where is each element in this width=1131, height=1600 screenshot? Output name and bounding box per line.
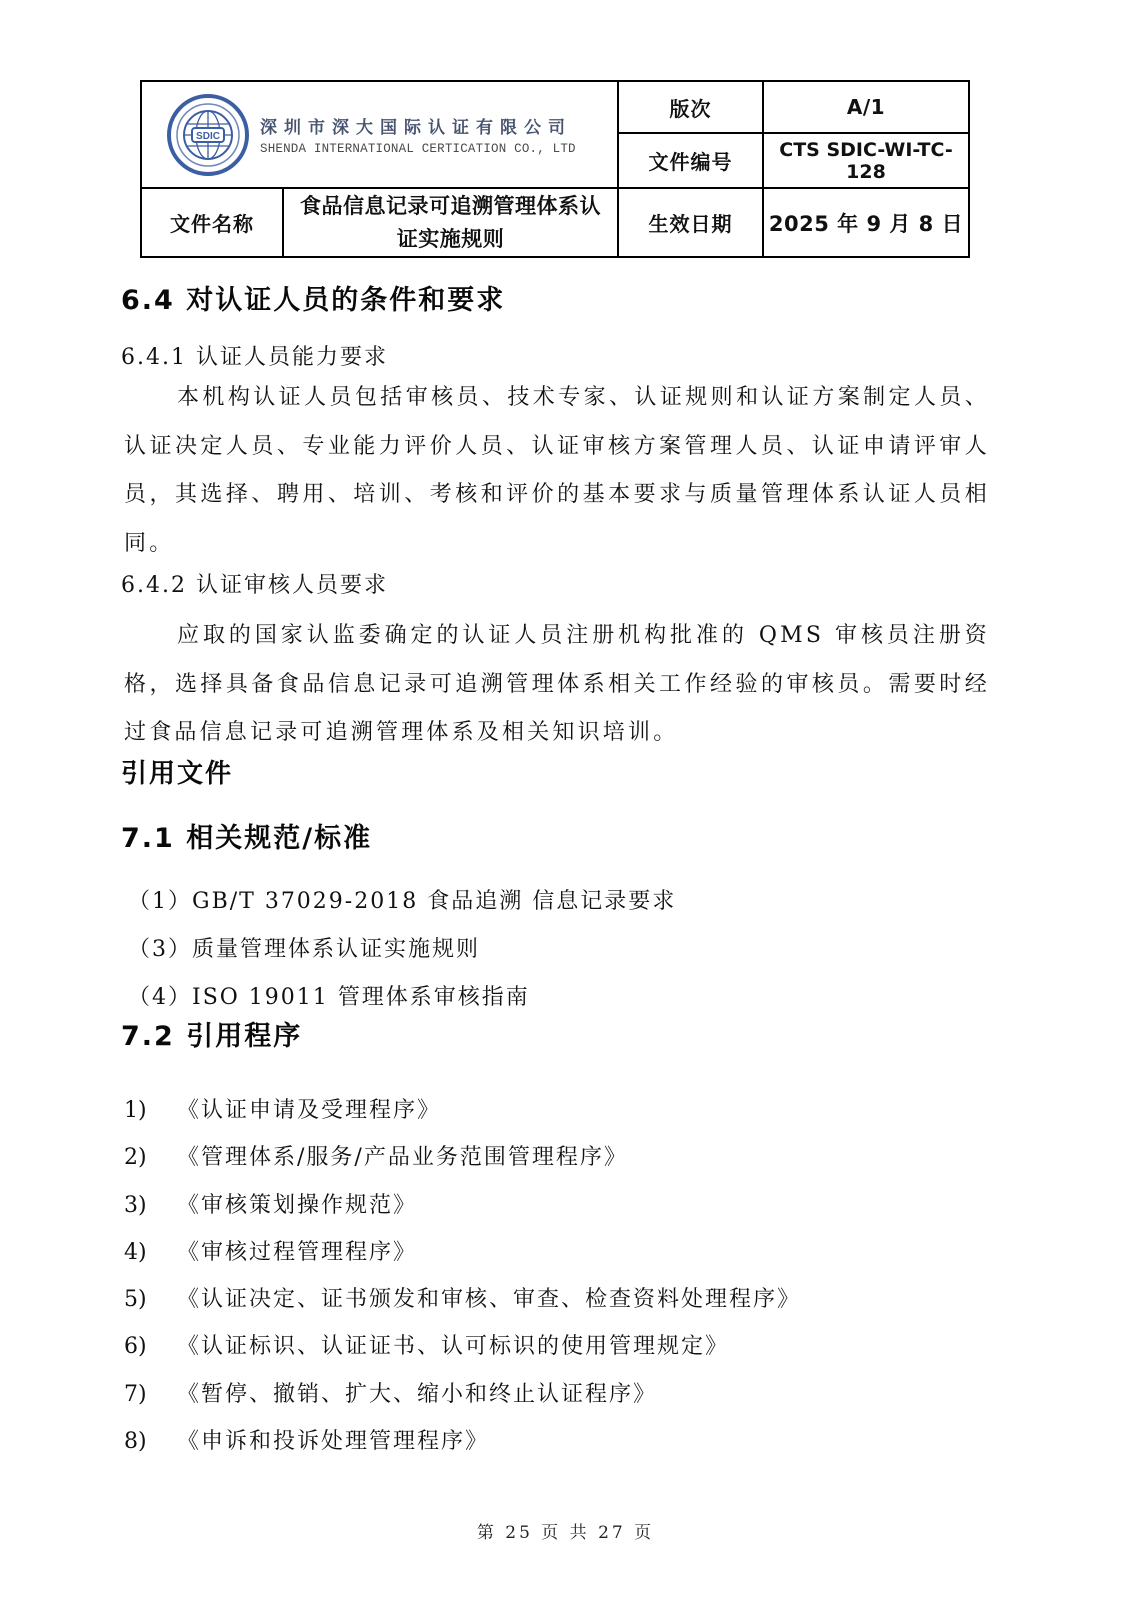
effective-date-label-cell: 生效日期 — [619, 189, 764, 256]
paragraph-6-4-1: 本机构认证人员包括审核员、技术专家、认证规则和认证方案制定人员、认证决定人员、专… — [124, 374, 990, 568]
procedure-number: 6) — [124, 1332, 177, 1362]
procedure-title: 《暂停、撤销、扩大、缩小和终止认证程序》 — [177, 1380, 657, 1410]
doc-name-value-cell: 食品信息记录可追溯管理体系认证实施规则 — [284, 189, 619, 256]
effective-date-value: 2025 年 9 月 8 日 — [769, 208, 963, 238]
procedure-number: 3) — [124, 1191, 177, 1221]
company-name-block: 深圳市深大国际认证有限公司 SHENDA INTERNATIONAL CERTI… — [260, 113, 576, 156]
version-value-cell: A/1 — [764, 82, 968, 134]
effective-date-label: 生效日期 — [649, 208, 733, 237]
procedure-title: 《认证申请及受理程序》 — [177, 1096, 441, 1126]
document-page: SDIC 深圳市深大国际认证有限公司 SHENDA INTERNATIONAL … — [0, 0, 1131, 1600]
procedure-item: 5) 《认证决定、证书颁发和审核、审查、检查资料处理程序》 — [124, 1285, 1004, 1332]
procedure-number: 8) — [124, 1427, 177, 1457]
procedure-number: 2) — [124, 1143, 177, 1173]
heading-6-4: 6.4 对认证人员的条件和要求 — [121, 278, 505, 317]
procedure-title: 《审核过程管理程序》 — [177, 1238, 417, 1268]
procedure-number: 7) — [124, 1380, 177, 1410]
procedure-number: 1) — [124, 1096, 177, 1126]
document-header-table: SDIC 深圳市深大国际认证有限公司 SHENDA INTERNATIONAL … — [140, 80, 970, 258]
company-name-cn: 深圳市深大国际认证有限公司 — [260, 113, 576, 138]
effective-date-value-cell: 2025 年 9 月 8 日 — [764, 189, 968, 256]
procedure-title: 《认证标识、认证证书、认可标识的使用管理规定》 — [177, 1332, 729, 1362]
doc-number-label: 文件编号 — [649, 146, 733, 175]
heading-6-4-2: 6.4.2 认证审核人员要求 — [121, 568, 388, 599]
version-value: A/1 — [847, 95, 885, 119]
doc-name-label: 文件名称 — [170, 208, 254, 237]
page-number-footer: 第 25 页 共 27 页 — [0, 1518, 1131, 1543]
procedure-item: 3) 《审核策划操作规范》 — [124, 1191, 1004, 1238]
procedure-number: 4) — [124, 1238, 177, 1268]
standards-list: （1）GB/T 37029-2018 食品追溯 信息记录要求 （3）质量管理体系… — [128, 878, 1008, 1022]
procedure-item: 4) 《审核过程管理程序》 — [124, 1238, 1004, 1285]
company-logo-cell: SDIC 深圳市深大国际认证有限公司 SHENDA INTERNATIONAL … — [142, 82, 619, 189]
procedure-title: 《管理体系/服务/产品业务范围管理程序》 — [177, 1143, 628, 1173]
procedure-item: 2) 《管理体系/服务/产品业务范围管理程序》 — [124, 1143, 1004, 1190]
procedure-item: 7) 《暂停、撤销、扩大、缩小和终止认证程序》 — [124, 1380, 1004, 1427]
procedure-item: 6) 《认证标识、认证证书、认可标识的使用管理规定》 — [124, 1332, 1004, 1379]
heading-7-1: 7.1 相关规范/标准 — [121, 816, 372, 855]
doc-number-value-cell: CTS SDIC-WI-TC-128 — [764, 134, 968, 189]
procedure-title: 《审核策划操作规范》 — [177, 1191, 417, 1221]
heading-references: 引用文件 — [121, 753, 233, 790]
paragraph-6-4-2: 应取的国家认监委确定的认证人员注册机构批准的 QMS 审核员注册资格，选择具备食… — [124, 612, 990, 758]
procedure-item: 1) 《认证申请及受理程序》 — [124, 1096, 1004, 1143]
version-label-cell: 版次 — [619, 82, 764, 134]
standard-item: （1）GB/T 37029-2018 食品追溯 信息记录要求 — [128, 878, 1008, 926]
sdic-logo-icon: SDIC — [166, 93, 250, 177]
procedure-item: 8) 《申诉和投诉处理管理程序》 — [124, 1427, 1004, 1474]
version-label: 版次 — [670, 93, 712, 122]
procedure-number: 5) — [124, 1285, 177, 1315]
sdic-badge-text: SDIC — [196, 131, 220, 142]
doc-number-value: CTS SDIC-WI-TC-128 — [764, 139, 968, 183]
standard-item: （3）质量管理体系认证实施规则 — [128, 926, 1008, 974]
doc-name-label-cell: 文件名称 — [142, 189, 284, 256]
heading-7-2: 7.2 引用程序 — [121, 1014, 302, 1053]
doc-name-value: 食品信息记录可追溯管理体系认证实施规则 — [284, 190, 617, 256]
doc-number-label-cell: 文件编号 — [619, 134, 764, 189]
heading-6-4-1: 6.4.1 认证人员能力要求 — [121, 340, 388, 371]
procedures-list: 1) 《认证申请及受理程序》 2) 《管理体系/服务/产品业务范围管理程序》 3… — [124, 1096, 1004, 1474]
company-name-en: SHENDA INTERNATIONAL CERTICATION CO., LT… — [260, 142, 576, 156]
procedure-title: 《申诉和投诉处理管理程序》 — [177, 1427, 489, 1457]
company-logo: SDIC 深圳市深大国际认证有限公司 SHENDA INTERNATIONAL … — [166, 93, 576, 177]
procedure-title: 《认证决定、证书颁发和审核、审查、检查资料处理程序》 — [177, 1285, 801, 1315]
